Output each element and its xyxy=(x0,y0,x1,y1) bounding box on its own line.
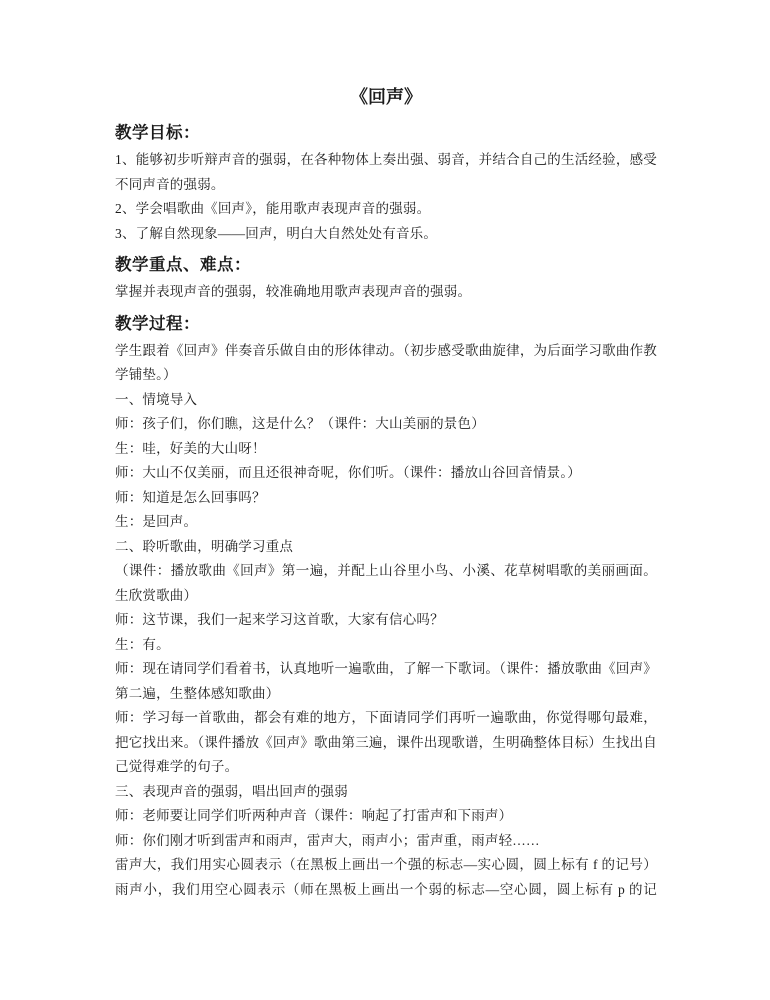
doc-line: 学铺垫。） xyxy=(115,363,657,388)
doc-line: 一、情境导入 xyxy=(115,388,657,413)
doc-line: 生：哇，好美的大山呀！ xyxy=(115,437,657,462)
doc-line: 生：是回声。 xyxy=(115,510,657,535)
doc-line: 2、学会唱歌曲《回声》，能用歌声表现声音的强弱。 xyxy=(115,197,657,222)
doc-line: 把它找出来。（课件播放《回声》歌曲第三遍，课件出现歌谱，生明确整体目标）生找出自 xyxy=(115,731,657,756)
doc-line: 师：现在请同学们看着书，认真地听一遍歌曲，了解一下歌词。（课件：播放歌曲《回声》 xyxy=(115,657,657,682)
doc-line: 雨声小，我们用空心圆表示（师在黑板上画出一个弱的标志—空心圆，圆上标有 p 的记 xyxy=(115,878,657,903)
doc-line: （课件：播放歌曲《回声》第一遍，并配上山谷里小鸟、小溪、花草树唱歌的美丽画面。 xyxy=(115,559,657,584)
doc-line: 师：大山不仅美丽，而且还很神奇呢，你们听。（课件：播放山谷回音情景。） xyxy=(115,461,657,486)
doc-line: 1、能够初步听辩声音的强弱，在各种物体上奏出强、弱音，并结合自己的生活经验，感受 xyxy=(115,148,657,173)
doc-line: 师：这节课，我们一起来学习这首歌，大家有信心吗？ xyxy=(115,608,657,633)
doc-line: 师：老师要让同学们听两种声音（课件：响起了打雷声和下雨声） xyxy=(115,804,657,829)
document-page: 《回声》 教学目标： 1、能够初步听辩声音的强弱，在各种物体上奏出强、弱音，并结… xyxy=(0,0,770,1000)
section-heading-objectives: 教学目标： xyxy=(115,118,657,148)
doc-line: 学生跟着《回声》伴奏音乐做自由的形体律动。（初步感受歌曲旋律，为后面学习歌曲作教 xyxy=(115,339,657,364)
section-heading-process: 教学过程： xyxy=(115,309,657,339)
doc-line: 第二遍，生整体感知歌曲） xyxy=(115,682,657,707)
doc-line: 生：有。 xyxy=(115,633,657,658)
doc-line: 己觉得难学的句子。 xyxy=(115,755,657,780)
doc-line: 师：学习每一首歌曲，都会有难的地方，下面请同学们再听一遍歌曲，你觉得哪句最难， xyxy=(115,706,657,731)
doc-line: 不同声音的强弱。 xyxy=(115,173,657,198)
doc-line: 师：知道是怎么回事吗？ xyxy=(115,486,657,511)
doc-line: 师：你们刚才听到雷声和雨声，雷声大，雨声小；雷声重，雨声轻…… xyxy=(115,829,657,854)
doc-line: 3、了解自然现象——回声，明白大自然处处有音乐。 xyxy=(115,222,657,247)
document-title: 《回声》 xyxy=(115,84,657,110)
doc-line: 生欣赏歌曲） xyxy=(115,584,657,609)
doc-line: 雷声大，我们用实心圆表示（在黑板上画出一个强的标志—实心圆，圆上标有 f 的记号… xyxy=(115,853,657,878)
section-heading-key-points: 教学重点、难点： xyxy=(115,250,657,280)
doc-line: 二、聆听歌曲，明确学习重点 xyxy=(115,535,657,560)
doc-line: 掌握并表现声音的强弱，较准确地用歌声表现声音的强弱。 xyxy=(115,280,657,305)
doc-line: 师：孩子们，你们瞧，这是什么？（课件：大山美丽的景色） xyxy=(115,412,657,437)
doc-line: 三、表现声音的强弱，唱出回声的强弱 xyxy=(115,780,657,805)
